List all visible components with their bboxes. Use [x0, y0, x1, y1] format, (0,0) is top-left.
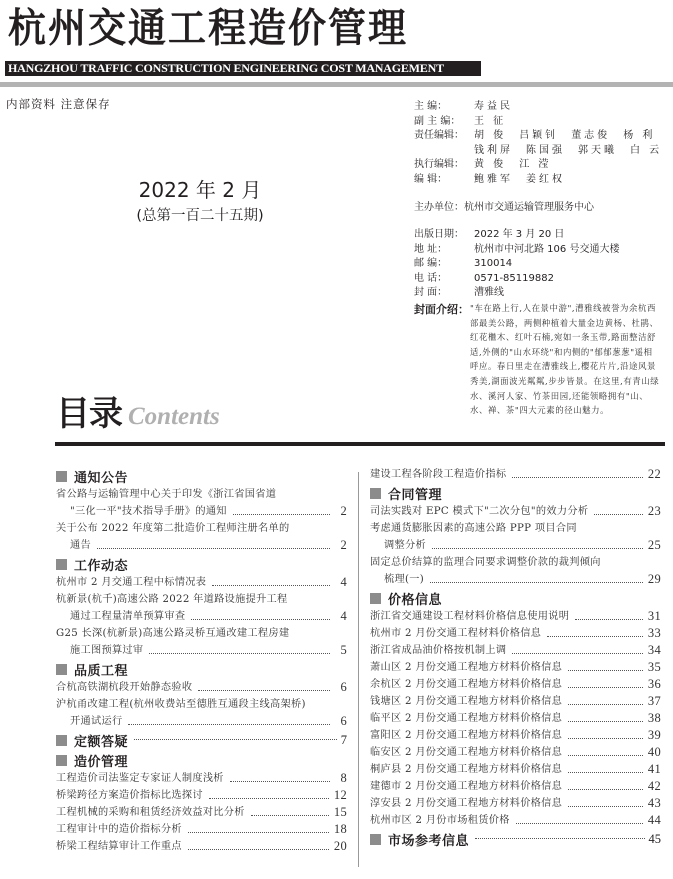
page-number: 36: [648, 676, 661, 693]
editor-name: 姜红权: [526, 174, 565, 185]
entry-title: 萧山区 2 月份交通工程地方材料价格信息: [370, 659, 562, 676]
pub-value: 杭州市中河北路 106 号交通大楼: [474, 243, 619, 258]
entry-title-line: 建德市 2 月份交通工程地方材料价格信息42: [370, 778, 661, 795]
leader-dots: [516, 823, 643, 824]
entry-title-line: 施工图预算过审5: [56, 642, 347, 659]
section-square-icon: [56, 755, 67, 766]
leader-dots: [475, 838, 644, 839]
editor-name: 白 云: [630, 145, 662, 156]
credit-row: 执行编辑：黄 俊江 滢: [414, 158, 673, 173]
header-divider: [0, 82, 673, 87]
toc-entry[interactable]: 合杭高铁湖杭段开始静态验收6: [56, 679, 347, 696]
organizer-label: 主办单位：: [414, 202, 464, 213]
section-square-icon: [56, 559, 67, 570]
page-number: 8: [335, 770, 347, 787]
pub-value: 2022 年 3 月 20 日: [474, 228, 564, 243]
editor-name: 吕颖钊: [519, 130, 558, 141]
toc-entry[interactable]: 桥梁跨径方案造价指标比选探讨12: [56, 787, 347, 804]
editor-name: 杨 利: [623, 130, 655, 141]
entry-title: 杭州市 2 月份交通工程材料价格信息: [370, 625, 541, 642]
entry-title-line: 临平区 2 月份交通工程地方材料价格信息38: [370, 710, 661, 727]
entry-title: 桐庐县 2 月份交通工程地方材料价格信息: [370, 761, 562, 778]
credit-names: 黄 俊江 滢: [474, 158, 564, 173]
page-number: 35: [648, 659, 661, 676]
toc-entry[interactable]: 关于公布 2022 年度第二批造价工程师注册名单的通告2: [56, 520, 347, 554]
page-number: 45: [649, 832, 662, 847]
page-number: 31: [648, 608, 661, 625]
entry-title-line: 浙江省交通建设工程材料价格信息使用说明31: [370, 608, 661, 625]
entry-title: "三化一平"技术指导手册》的通知: [70, 503, 227, 520]
entry-title: 杭州市区 2 月份市场租赁价格: [370, 812, 510, 829]
page-number: 42: [648, 778, 661, 795]
page-number: 2: [335, 537, 347, 554]
leader-dots: [568, 806, 643, 807]
entry-title-line: 杭州市区 2 月份市场租赁价格44: [370, 812, 661, 829]
editor-name: 郭天曦: [578, 145, 617, 156]
section-title: 合同管理: [388, 484, 442, 503]
leader-dots: [430, 582, 643, 583]
entry-title: 通过工程量清单预算审查: [70, 608, 185, 625]
credit-label: [414, 144, 474, 159]
entry-title: 省公路与运输管理中心关于印发《浙江省国省道: [56, 486, 347, 503]
entry-title-line: 桐庐县 2 月份交通工程地方材料价格信息41: [370, 761, 661, 778]
credit-row: 责任编辑：胡 俊吕颖钊董志俊杨 利: [414, 129, 673, 144]
pub-row: 地 址：杭州市中河北路 106 号交通大楼: [414, 243, 619, 258]
toc-entry[interactable]: 工程造价司法鉴定专家证人制度浅析8: [56, 770, 347, 787]
entry-title: 浙江省成品油价格按机制上调: [370, 642, 506, 659]
entry-title-line: 梳理(一)29: [370, 571, 661, 588]
contents-title: 目录: [56, 394, 122, 434]
section-square-icon: [370, 488, 381, 499]
credit-names: 王 征: [474, 115, 519, 130]
contents-rule: [55, 442, 665, 446]
section-title: 通知公告: [74, 467, 128, 486]
page-number: 6: [335, 679, 347, 696]
toc-section[interactable]: 价格信息: [370, 589, 661, 608]
page-number: 4: [335, 574, 347, 591]
leader-dots: [251, 815, 329, 816]
entry-title-line: 余杭区 2 月份交通工程地方材料价格信息36: [370, 676, 661, 693]
entry-title: 浙江省交通建设工程材料价格信息使用说明: [370, 608, 569, 625]
entry-title: 考虑通货膨胀因素的高速公路 PPP 项目合同: [370, 520, 661, 537]
entry-title-line: 桥梁跨径方案造价指标比选探讨12: [56, 787, 347, 804]
page-number: 41: [648, 761, 661, 778]
entry-title: 富阳区 2 月份交通工程地方材料价格信息: [370, 727, 562, 744]
entry-title-line: 桥梁工程结算审计工作重点20: [56, 838, 347, 855]
toc-section[interactable]: 定额答疑7: [56, 731, 347, 750]
page-number: 15: [334, 804, 347, 821]
entry-title: 建德市 2 月份交通工程地方材料价格信息: [370, 778, 562, 795]
section-title: 定额答疑: [74, 731, 128, 750]
editor-name: 王 征: [474, 116, 506, 127]
pub-row: 封 面：漕雅线: [414, 286, 619, 301]
page-number: 12: [334, 787, 347, 804]
toc-entry[interactable]: 浙江省成品油价格按机制上调34: [370, 642, 661, 659]
entry-title-line: 工程机械的采购和租赁经济效益对比分析15: [56, 804, 347, 821]
entry-title: 淳安县 2 月份交通工程地方材料价格信息: [370, 795, 562, 812]
leader-dots: [594, 514, 643, 515]
section-title: 工作动态: [74, 555, 128, 574]
leader-dots: [230, 781, 330, 782]
leader-dots: [568, 721, 643, 722]
leader-dots: [191, 619, 330, 620]
editorial-credits: 主 编：寿益民副 主 编：王 征责任编辑：胡 俊吕颖钊董志俊杨 利钱利屏陈国强郭…: [414, 100, 673, 187]
entry-title-line: 浙江省成品油价格按机制上调34: [370, 642, 661, 659]
entry-title-line: 杭州市 2 月份交通工程材料价格信息33: [370, 625, 661, 642]
credit-names: 鲍雅军姜红权: [474, 173, 578, 188]
page-number: 22: [648, 466, 661, 483]
entry-title: 合杭高铁湖杭段开始静态验收: [56, 679, 192, 696]
pub-label: 电 话：: [414, 272, 474, 287]
toc-entry[interactable]: 桥梁工程结算审计工作重点20: [56, 838, 347, 855]
entry-title: 余杭区 2 月份交通工程地方材料价格信息: [370, 676, 562, 693]
pub-value: 310014: [474, 257, 512, 272]
leader-dots: [134, 739, 337, 740]
toc-entry[interactable]: 考虑通货膨胀因素的高速公路 PPP 项目合同调整分析25: [370, 520, 661, 554]
page-number: 20: [334, 838, 347, 855]
section-square-icon: [56, 664, 67, 675]
entry-title: 梳理(一): [384, 571, 424, 588]
entry-title: G25 长深(杭新景)高速公路灵桥互通改建工程房建: [56, 625, 347, 642]
page-number: 40: [648, 744, 661, 761]
leader-dots: [128, 724, 330, 725]
entry-title-line: 建设工程各阶段工程造价指标22: [370, 466, 661, 483]
pub-label: 地 址：: [414, 243, 474, 258]
page-number: 4: [335, 608, 347, 625]
page-number: 23: [648, 503, 661, 520]
toc-entry[interactable]: 固定总价结算的监理合同要求调整价款的裁判倾向梳理(一)29: [370, 554, 661, 588]
toc-entry[interactable]: 建德市 2 月份交通工程地方材料价格信息42: [370, 778, 661, 795]
leader-dots: [432, 548, 643, 549]
toc-section[interactable]: 造价管理: [56, 751, 347, 770]
page-number: 37: [648, 693, 661, 710]
page-number: 7: [341, 733, 347, 748]
entry-title: 杭州市 2 月交通工程中标情况表: [56, 574, 206, 591]
editor-name: 江 滢: [519, 159, 551, 170]
entry-title-line: 萧山区 2 月份交通工程地方材料价格信息35: [370, 659, 661, 676]
leader-dots: [512, 653, 643, 654]
section-title: 市场参考信息: [388, 830, 469, 849]
editor-name: 鲍雅军: [474, 174, 513, 185]
toc-entry[interactable]: 工程审计中的造价指标分析18: [56, 821, 347, 838]
toc-entry[interactable]: 建设工程各阶段工程造价指标22: [370, 466, 661, 483]
entry-title-line: "三化一平"技术指导手册》的通知2: [56, 503, 347, 520]
entry-title: 开通试运行: [70, 713, 122, 730]
entry-title: 关于公布 2022 年度第二批造价工程师注册名单的: [56, 520, 347, 537]
toc-entry[interactable]: 临平区 2 月份交通工程地方材料价格信息38: [370, 710, 661, 727]
toc-section[interactable]: 市场参考信息45: [370, 830, 661, 849]
credit-row: 主 编：寿益民: [414, 100, 673, 115]
leader-dots: [149, 653, 330, 654]
leader-dots: [212, 585, 330, 586]
toc-entry[interactable]: G25 长深(杭新景)高速公路灵桥互通改建工程房建施工图预算过审5: [56, 625, 347, 659]
toc-right-column: 建设工程各阶段工程造价指标22合同管理司法实践对 EPC 模式下"二次分包"的效…: [370, 466, 661, 849]
internal-notice: 内部资料 注意保存: [6, 96, 111, 112]
leader-dots: [209, 798, 329, 799]
leader-dots: [568, 755, 643, 756]
cover-introduction: 封面介绍： "车在路上行,人在景中游",漕雅线被誉为余杭西部最美公路，两侧种植着…: [414, 301, 660, 418]
pub-row: 电 话：0571-85119882: [414, 272, 619, 287]
entry-title: 工程机械的采购和租赁经济效益对比分析: [56, 804, 245, 821]
toc-entry[interactable]: 浙江省交通建设工程材料价格信息使用说明31: [370, 608, 661, 625]
pub-value: 漕雅线: [474, 286, 504, 301]
toc-section[interactable]: 通知公告: [56, 467, 347, 486]
editor-name: 钱利屏: [474, 145, 513, 156]
toc-entry[interactable]: 钱塘区 2 月份交通工程地方材料价格信息37: [370, 693, 661, 710]
editor-name: 寿益民: [474, 101, 513, 112]
toc-entry[interactable]: 省公路与运输管理中心关于印发《浙江省国省道"三化一平"技术指导手册》的通知2: [56, 486, 347, 520]
leader-dots: [198, 690, 330, 691]
page-number: 33: [648, 625, 661, 642]
organizer: 主办单位：杭州市交通运输管理服务中心: [414, 201, 594, 215]
entry-title: 临平区 2 月份交通工程地方材料价格信息: [370, 710, 562, 727]
entry-title-line: 通过工程量清单预算审查4: [56, 608, 347, 625]
editor-name: 董志俊: [571, 130, 610, 141]
entry-title: 施工图预算过审: [70, 642, 143, 659]
entry-title: 临安区 2 月份交通工程地方材料价格信息: [370, 744, 562, 761]
page-number: 29: [648, 571, 661, 588]
toc-entry[interactable]: 桐庐县 2 月份交通工程地方材料价格信息41: [370, 761, 661, 778]
leader-dots: [547, 636, 643, 637]
entry-title: 通告: [70, 537, 91, 554]
section-title: 价格信息: [388, 589, 442, 608]
entry-title-line: 开通试运行6: [56, 713, 347, 730]
entry-title: 工程造价司法鉴定专家证人制度浅析: [56, 770, 224, 787]
magazine-title: 杭州交通工程造价管理: [8, 5, 408, 51]
entry-title: 桥梁工程结算审计工作重点: [56, 838, 182, 855]
credit-label: 责任编辑：: [414, 129, 474, 144]
toc-entry[interactable]: 杭州市区 2 月份市场租赁价格44: [370, 812, 661, 829]
entry-title-line: 工程审计中的造价指标分析18: [56, 821, 347, 838]
credit-label: 主 编：: [414, 100, 474, 115]
page-number: 6: [335, 713, 347, 730]
entry-title: 杭新景(杭千)高速公路 2022 年道路设施提升工程: [56, 591, 347, 608]
toc-entry[interactable]: 萧山区 2 月份交通工程地方材料价格信息35: [370, 659, 661, 676]
leader-dots: [512, 477, 643, 478]
toc-section[interactable]: 工作动态: [56, 555, 347, 574]
contents-title-english: Contents: [128, 400, 220, 434]
toc-entry[interactable]: 杭州市 2 月份交通工程材料价格信息33: [370, 625, 661, 642]
credit-row: 钱利屏陈国强郭天曦白 云: [414, 144, 673, 159]
entry-title-line: 临安区 2 月份交通工程地方材料价格信息40: [370, 744, 661, 761]
entry-title: 建设工程各阶段工程造价指标: [370, 466, 506, 483]
toc-entry[interactable]: 淳安县 2 月份交通工程地方材料价格信息43: [370, 795, 661, 812]
credit-names: 钱利屏陈国强郭天曦白 云: [474, 144, 673, 159]
entry-title-line: 钱塘区 2 月份交通工程地方材料价格信息37: [370, 693, 661, 710]
toc-entry[interactable]: 杭新景(杭千)高速公路 2022 年道路设施提升工程通过工程量清单预算审查4: [56, 591, 347, 625]
entry-title-line: 淳安县 2 月份交通工程地方材料价格信息43: [370, 795, 661, 812]
column-divider: [358, 472, 359, 867]
toc-left-column: 通知公告省公路与运输管理中心关于印发《浙江省国省道"三化一平"技术指导手册》的通…: [56, 466, 347, 855]
page-number: 43: [648, 795, 661, 812]
section-square-icon: [56, 471, 67, 482]
entry-title: 调整分析: [384, 537, 426, 554]
entry-title-line: 通告2: [56, 537, 347, 554]
credit-names: 胡 俊吕颖钊董志俊杨 利: [474, 129, 668, 144]
entry-title: 工程审计中的造价指标分析: [56, 821, 182, 838]
leader-dots: [568, 772, 643, 773]
page-number: 2: [335, 503, 347, 520]
credit-label: 副 主 编：: [414, 115, 474, 130]
toc-entry[interactable]: 余杭区 2 月份交通工程地方材料价格信息36: [370, 676, 661, 693]
leader-dots: [568, 687, 643, 688]
credit-names: 寿益民: [474, 100, 526, 115]
entry-title-line: 富阳区 2 月份交通工程地方材料价格信息39: [370, 727, 661, 744]
pub-label: 出版日期：: [414, 228, 474, 243]
editor-name: 陈国强: [526, 145, 565, 156]
section-square-icon: [370, 593, 381, 604]
page-number: 39: [648, 727, 661, 744]
pub-row: 邮 编：310014: [414, 257, 619, 272]
cover-intro-text: "车在路上行,人在景中游",漕雅线被誉为余杭西部最美公路，两侧种植着大量金边黄杨…: [470, 301, 660, 418]
leader-dots: [568, 789, 643, 790]
page-number: 5: [335, 642, 347, 659]
toc-entry[interactable]: 司法实践对 EPC 模式下"二次分包"的效力分析23: [370, 503, 661, 520]
toc-entry[interactable]: 工程机械的采购和租赁经济效益对比分析15: [56, 804, 347, 821]
pub-label: 邮 编：: [414, 257, 474, 272]
cover-intro-label: 封面介绍：: [414, 301, 470, 418]
toc-entry[interactable]: 沪杭甬改建工程(杭州收费站至德胜互通段主线高架桥)开通试运行6: [56, 696, 347, 730]
editor-name: 黄 俊: [474, 159, 506, 170]
page-number: 38: [648, 710, 661, 727]
publication-info: 出版日期：2022 年 3 月 20 日地 址：杭州市中河北路 106 号交通大…: [414, 228, 619, 301]
entry-title: 沪杭甬改建工程(杭州收费站至德胜互通段主线高架桥): [56, 696, 347, 713]
credit-label: 执行编辑：: [414, 158, 474, 173]
leader-dots: [188, 832, 329, 833]
entry-title: 桥梁跨径方案造价指标比选探讨: [56, 787, 203, 804]
organizer-value: 杭州市交通运输管理服务中心: [464, 202, 594, 213]
issue-date: 2022 年 2 月: [110, 178, 290, 202]
pub-value: 0571-85119882: [474, 272, 554, 287]
leader-dots: [575, 619, 643, 620]
leader-dots: [97, 548, 330, 549]
credit-row: 编 辑：鲍雅军姜红权: [414, 173, 673, 188]
page-number: 18: [334, 821, 347, 838]
toc-entry[interactable]: 杭州市 2 月交通工程中标情况表4: [56, 574, 347, 591]
leader-dots: [188, 849, 329, 850]
toc-section[interactable]: 合同管理: [370, 484, 661, 503]
leader-dots: [568, 704, 643, 705]
entry-title: 固定总价结算的监理合同要求调整价款的裁判倾向: [370, 554, 661, 571]
entry-title: 司法实践对 EPC 模式下"二次分包"的效力分析: [370, 503, 588, 520]
contents-heading: 目录 Contents: [56, 394, 220, 434]
page-number: 44: [648, 812, 661, 829]
pub-row: 出版日期：2022 年 3 月 20 日: [414, 228, 619, 243]
credit-row: 副 主 编：王 征: [414, 115, 673, 130]
section-square-icon: [56, 735, 67, 746]
page-number: 34: [648, 642, 661, 659]
toc-entry[interactable]: 临安区 2 月份交通工程地方材料价格信息40: [370, 744, 661, 761]
editor-name: 胡 俊: [474, 130, 506, 141]
section-title: 造价管理: [74, 751, 128, 770]
credit-label: 编 辑：: [414, 173, 474, 188]
entry-title: 钱塘区 2 月份交通工程地方材料价格信息: [370, 693, 562, 710]
entry-title-line: 合杭高铁湖杭段开始静态验收6: [56, 679, 347, 696]
entry-title-line: 杭州市 2 月交通工程中标情况表4: [56, 574, 347, 591]
entry-title-line: 调整分析25: [370, 537, 661, 554]
toc-section[interactable]: 品质工程: [56, 660, 347, 679]
pub-label: 封 面：: [414, 286, 474, 301]
magazine-title-english: HANGZHOU TRAFFIC CONSTRUCTION ENGINEERIN…: [5, 61, 481, 76]
leader-dots: [568, 670, 643, 671]
leader-dots: [568, 738, 643, 739]
issue-number: (总第一百二十五期): [110, 206, 290, 226]
leader-dots: [233, 514, 330, 515]
section-title: 品质工程: [74, 660, 128, 679]
entry-title-line: 工程造价司法鉴定专家证人制度浅析8: [56, 770, 347, 787]
page-number: 25: [648, 537, 661, 554]
section-square-icon: [370, 834, 381, 845]
entry-title-line: 司法实践对 EPC 模式下"二次分包"的效力分析23: [370, 503, 661, 520]
toc-entry[interactable]: 富阳区 2 月份交通工程地方材料价格信息39: [370, 727, 661, 744]
